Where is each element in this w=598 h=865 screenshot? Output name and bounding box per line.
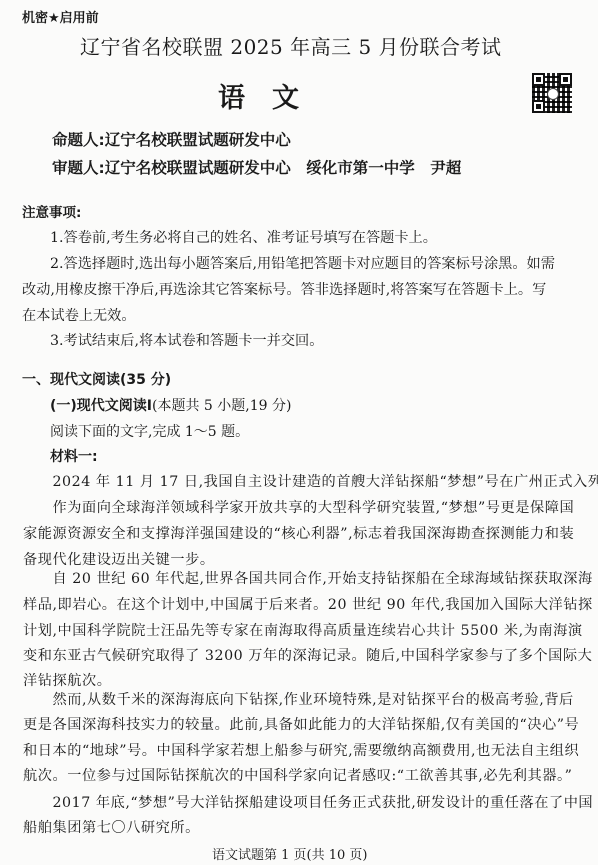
subject-title: 语 文 [218,76,299,115]
setter-line: 命题人:辽宁名校联盟试题研发中心 [52,128,291,150]
passage-line: 船舶集团第七〇八研究所。 [23,817,200,837]
page-footer: 语文试题第 1 页(共 10 页) [212,844,368,863]
exam-title: 辽宁省名校联盟 2025 年高三 5 月份联合考试 [80,31,502,60]
section-title: 一、现代文阅读(35 分) [22,369,171,389]
notice-line: 3.考试结束后,将本试卷和答题卡一并交回。 [50,330,323,350]
subsection-meta: (本题共 5 小题,19 分) [152,398,291,414]
confidential-label: 机密★启用前 [22,7,99,26]
passage-line: 然而,从数千米的深海海底向下钻探,作业环境特殊,是对钻探平台的极高考验,背后 [23,689,574,709]
passage-line: 航次。一位参与过国际钻探航次的中国科学家向记者感叹:“工欲善其事,必先利其器。” [23,765,572,785]
reviewer-line: 审题人:辽宁名校联盟试题研发中心 绥化市第一中学 尹超 [52,156,461,178]
passage-line: 作为面向全球海洋领域科学家开放共享的大型科学研究装置,“梦想”号更是保障国 [23,497,574,517]
passage-line: 样品,即岩心。在这个计划中,中国属于后来者。20 世纪 90 年代,我国加入国际… [23,594,593,614]
notice-heading: 注意事项: [22,201,81,221]
passage-line: 变和东亚古气候研究取得了 3200 万年的深海记录。随后,中国科学家参与了多个国… [23,645,592,665]
passage-line: 备现代化建设迈出关键一步。 [23,549,215,569]
subsection-title: (一)现代文阅读Ⅰ(本题共 5 小题,19 分) [50,395,291,415]
passage-line: 2024 年 11 月 17 日,我国自主设计建造的首艘大洋钻探船“梦想”号在广… [23,471,598,491]
passage-line: 洋钻探航次。 [23,670,111,690]
passage-line: 计划,中国科学院院士汪品先等专家在南海取得高质量连续岩心共计 5500 米,为南… [23,620,583,640]
notice-line: 在本试卷上无效。 [22,305,136,325]
qr-code-icon [532,73,572,113]
passage-line: 更是各国深海科技实力的较量。此前,具备如此能力的大洋钻探船,仅有美国的“决心”号 [23,714,579,734]
instruction-line: 阅读下面的文字,完成 1～5 题。 [50,421,249,441]
material-label: 材料一: [50,446,98,466]
subsection-label: (一)现代文阅读Ⅰ [50,398,152,414]
passage-line: 自 20 世纪 60 年代起,世界各国共同合作,开始支持钻探船在全球海域钻探获取… [23,568,593,588]
passage-line: 和日本的“地球”号。中国科学家若想上船参与研究,需要缴纳高额费用,也无法自主组织 [23,740,579,760]
notice-line: 1.答卷前,考生务必将自己的姓名、准考证号填写在答题卡上。 [50,227,437,247]
passage-line: 2017 年底,“梦想”号大洋钻探船建设项目任务正式获批,研发设计的重任落在了中… [23,792,593,812]
notice-line: 改动,用橡皮擦干净后,再选涂其它答案标号。答非选择题时,将答案写在答题卡上。写 [22,279,546,299]
passage-line: 家能源资源安全和支撑海洋强国建设的“核心利器”,标志着我国深海勘查探测能力和装 [23,523,574,543]
notice-line: 2.答选择题时,选出每小题答案后,用铅笔把答题卡对应题目的答案标号涂黑。如需 [50,253,555,273]
